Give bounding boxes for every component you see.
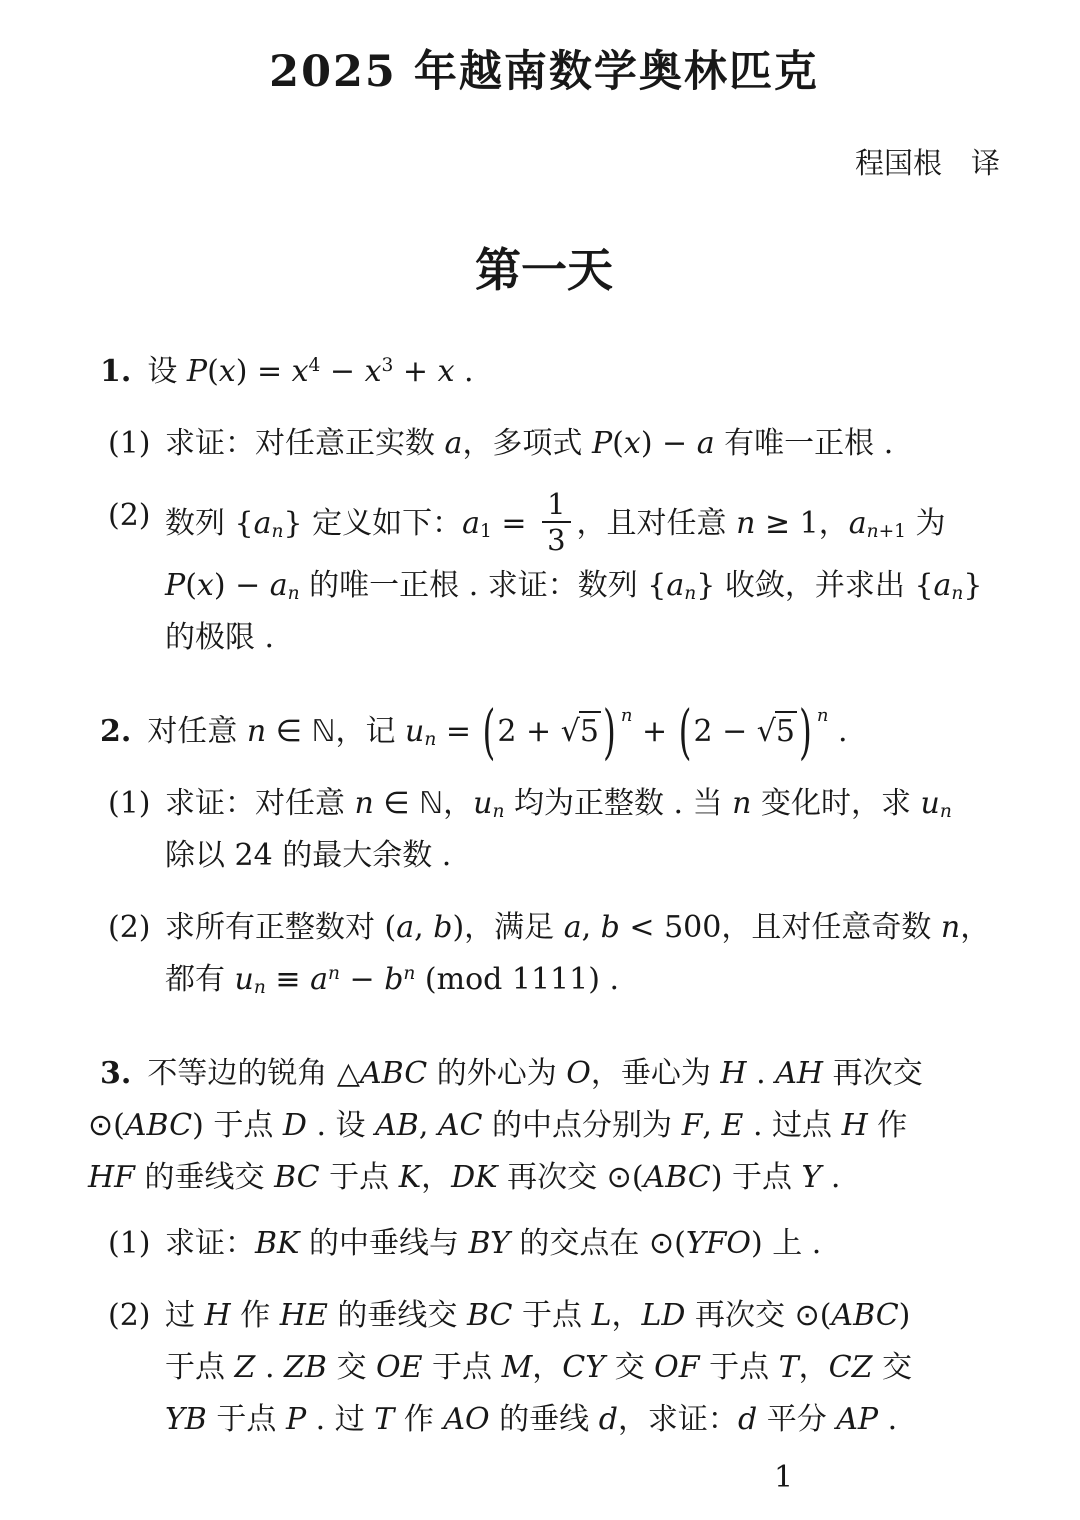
part-label: (1) (108, 1218, 165, 1270)
stem-line: ⊙(ABC) 于点 D . 设 AB, AC 的中点分别为 F, E . 过点 … (88, 1100, 1000, 1152)
problem-2: 2.对任意 n ∈ ℕ，记 un = (2 + √5)n + (2 − √5)n… (88, 706, 1000, 1006)
problem-stem: 1.设 P(x) = x4 − x3 + x . (88, 346, 1000, 398)
document-title: 2025 年越南数学奥林匹克 (88, 44, 1000, 100)
part-label: (2) (108, 1290, 165, 1446)
part-line: P(x) − an 的唯一正根 . 求证：数列 {an} 收敛，并求出 {an} (165, 560, 1000, 612)
part-line: 除以 24 的最大余数 . (165, 830, 1000, 882)
part-label: (1) (108, 778, 165, 882)
part-line: 过 H 作 HE 的垂线交 BC 于点 L，LD 再次交 ⊙(ABC) (165, 1290, 1000, 1342)
part-body: 求证：BK 的中垂线与 BY 的交点在 ⊙(YFO) 上 . (165, 1218, 1000, 1270)
part-label: (1) (108, 418, 165, 470)
page-number: 1 (774, 1460, 793, 1495)
part-label: (2) (108, 490, 165, 664)
problem-stem: 2.对任意 n ∈ ℕ，记 un = (2 + √5)n + (2 − √5)n… (88, 706, 1000, 758)
part-2: (2)求所有正整数对 (a, b)，满足 a, b < 500，且对任意奇数 n… (88, 902, 1000, 1006)
part-line: 都有 un ≡ an − bn (mod 1111) . (165, 954, 1000, 1006)
problems: 1.设 P(x) = x4 − x3 + x .(1)求证：对任意正实数 a，多… (88, 346, 1000, 1446)
day-heading: 第一天 (88, 244, 1000, 296)
stem-line: 3.不等边的锐角 △ABC 的外心为 O，垂心为 H . AH 再次交 (88, 1048, 1000, 1100)
part-1: (1)求证：BK 的中垂线与 BY 的交点在 ⊙(YFO) 上 . (88, 1218, 1000, 1270)
part-label: (2) (108, 902, 165, 1006)
part-line: 求证：对任意正实数 a，多项式 P(x) − a 有唯一正根 . (165, 418, 1000, 470)
problem-number: 2. (100, 714, 131, 749)
part-2: (2)数列 {an} 定义如下：a1 = 13，且对任意 n ≥ 1，an+1 … (88, 490, 1000, 664)
part-body: 数列 {an} 定义如下：a1 = 13，且对任意 n ≥ 1，an+1 为P(… (165, 490, 1000, 664)
stem-line: 1.设 P(x) = x4 − x3 + x . (88, 346, 1000, 398)
problem-stem: 3.不等边的锐角 △ABC 的外心为 O，垂心为 H . AH 再次交⊙(ABC… (88, 1048, 1000, 1204)
part-body: 求所有正整数对 (a, b)，满足 a, b < 500，且对任意奇数 n，都有… (165, 902, 1000, 1006)
stem-line: HF 的垂线交 BC 于点 K，DK 再次交 ⊙(ABC) 于点 Y . (88, 1152, 1000, 1204)
part-body: 求证：对任意正实数 a，多项式 P(x) − a 有唯一正根 . (165, 418, 1000, 470)
part-2: (2)过 H 作 HE 的垂线交 BC 于点 L，LD 再次交 ⊙(ABC)于点… (88, 1290, 1000, 1446)
document-page: 2025 年越南数学奥林匹克 程国根 译 第一天 1.设 P(x) = x4 −… (0, 0, 1080, 1520)
part-1: (1)求证：对任意正实数 a，多项式 P(x) − a 有唯一正根 . (88, 418, 1000, 470)
problem-number: 3. (100, 1056, 131, 1091)
part-line: 求证：对任意 n ∈ ℕ，un 均为正整数 . 当 n 变化时，求 un (165, 778, 1000, 830)
part-body: 过 H 作 HE 的垂线交 BC 于点 L，LD 再次交 ⊙(ABC)于点 Z … (165, 1290, 1000, 1446)
part-line: 于点 Z . ZB 交 OE 于点 M，CY 交 OF 于点 T，CZ 交 (165, 1342, 1000, 1394)
problem-number: 1. (100, 354, 131, 389)
part-line: 数列 {an} 定义如下：a1 = 13，且对任意 n ≥ 1，an+1 为 (165, 490, 1000, 560)
part-body: 求证：对任意 n ∈ ℕ，un 均为正整数 . 当 n 变化时，求 un除以 2… (165, 778, 1000, 882)
part-1: (1)求证：对任意 n ∈ ℕ，un 均为正整数 . 当 n 变化时，求 un除… (88, 778, 1000, 882)
part-line: YB 于点 P . 过 T 作 AO 的垂线 d，求证：d 平分 AP . (165, 1394, 1000, 1446)
problem-1: 1.设 P(x) = x4 − x3 + x .(1)求证：对任意正实数 a，多… (88, 346, 1000, 664)
translator-credit: 程国根 译 (88, 146, 1000, 180)
problem-3: 3.不等边的锐角 △ABC 的外心为 O，垂心为 H . AH 再次交⊙(ABC… (88, 1048, 1000, 1446)
part-line: 求证：BK 的中垂线与 BY 的交点在 ⊙(YFO) 上 . (165, 1218, 1000, 1270)
part-line: 的极限 . (165, 612, 1000, 664)
part-line: 求所有正整数对 (a, b)，满足 a, b < 500，且对任意奇数 n， (165, 902, 1000, 954)
stem-line: 2.对任意 n ∈ ℕ，记 un = (2 + √5)n + (2 − √5)n… (88, 706, 1000, 758)
